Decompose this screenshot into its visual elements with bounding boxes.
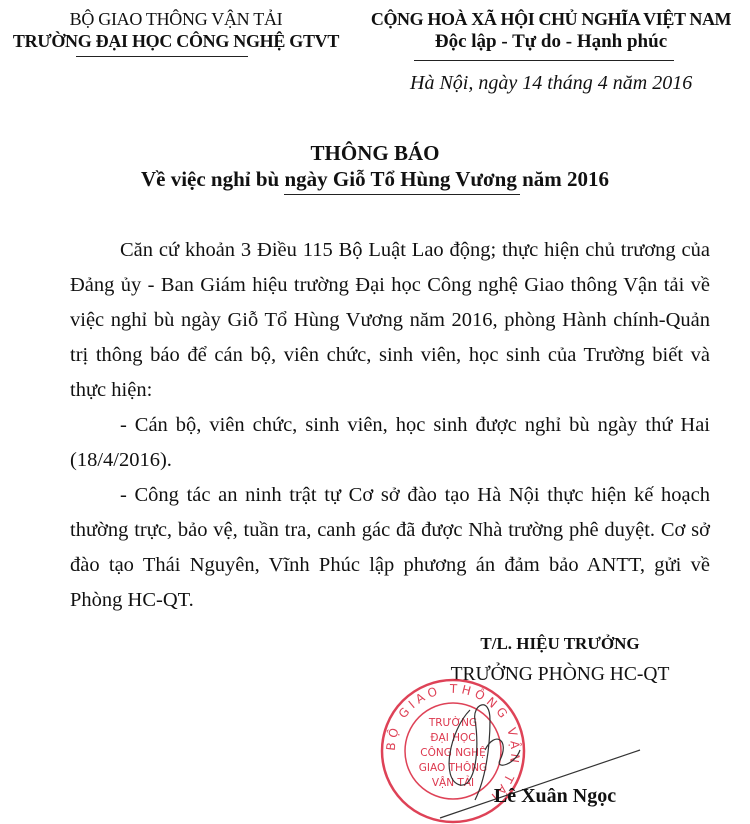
document-body: Căn cứ khoản 3 Điều 115 Bộ Luật Lao động…: [70, 233, 710, 618]
body-paragraph: - Cán bộ, viên chức, sinh viên, học sinh…: [70, 408, 710, 478]
signer-name: Lê Xuân Ngọc: [430, 785, 680, 808]
on-behalf-label: T/L. HIỆU TRƯỞNG: [370, 632, 750, 656]
document-title: THÔNG BÁO Về việc nghỉ bù ngày Giỗ Tổ Hù…: [0, 140, 750, 192]
title-subject: Về việc nghỉ bù ngày Giỗ Tổ Hùng Vương n…: [0, 166, 750, 192]
body-paragraph: Căn cứ khoản 3 Điều 115 Bộ Luật Lao động…: [70, 233, 710, 408]
date-line: Hà Nội, ngày 14 tháng 4 năm 2016: [410, 72, 692, 95]
country-name: CỘNG HOÀ XÃ HỘI CHỦ NGHĨA VIỆT NAM: [352, 8, 750, 30]
ministry-name: BỘ GIAO THÔNG VẬN TẢI: [0, 8, 352, 30]
title-underline: [284, 194, 520, 195]
national-motto: Độc lập - Tự do - Hạnh phúc: [352, 30, 750, 54]
title-heading: THÔNG BÁO: [0, 140, 750, 166]
issuer-underline: [76, 56, 248, 57]
school-name: TRƯỜNG ĐẠI HỌC CÔNG NGHỆ GTVT: [0, 30, 352, 52]
issuer-block: BỘ GIAO THÔNG VẬN TẢI TRƯỜNG ĐẠI HỌC CÔN…: [0, 8, 352, 52]
national-header: CỘNG HOÀ XÃ HỘI CHỦ NGHĨA VIỆT NAM Độc l…: [352, 8, 750, 54]
body-paragraph: - Công tác an ninh trật tự Cơ sở đào tạo…: [70, 478, 710, 618]
motto-underline: [414, 60, 674, 61]
